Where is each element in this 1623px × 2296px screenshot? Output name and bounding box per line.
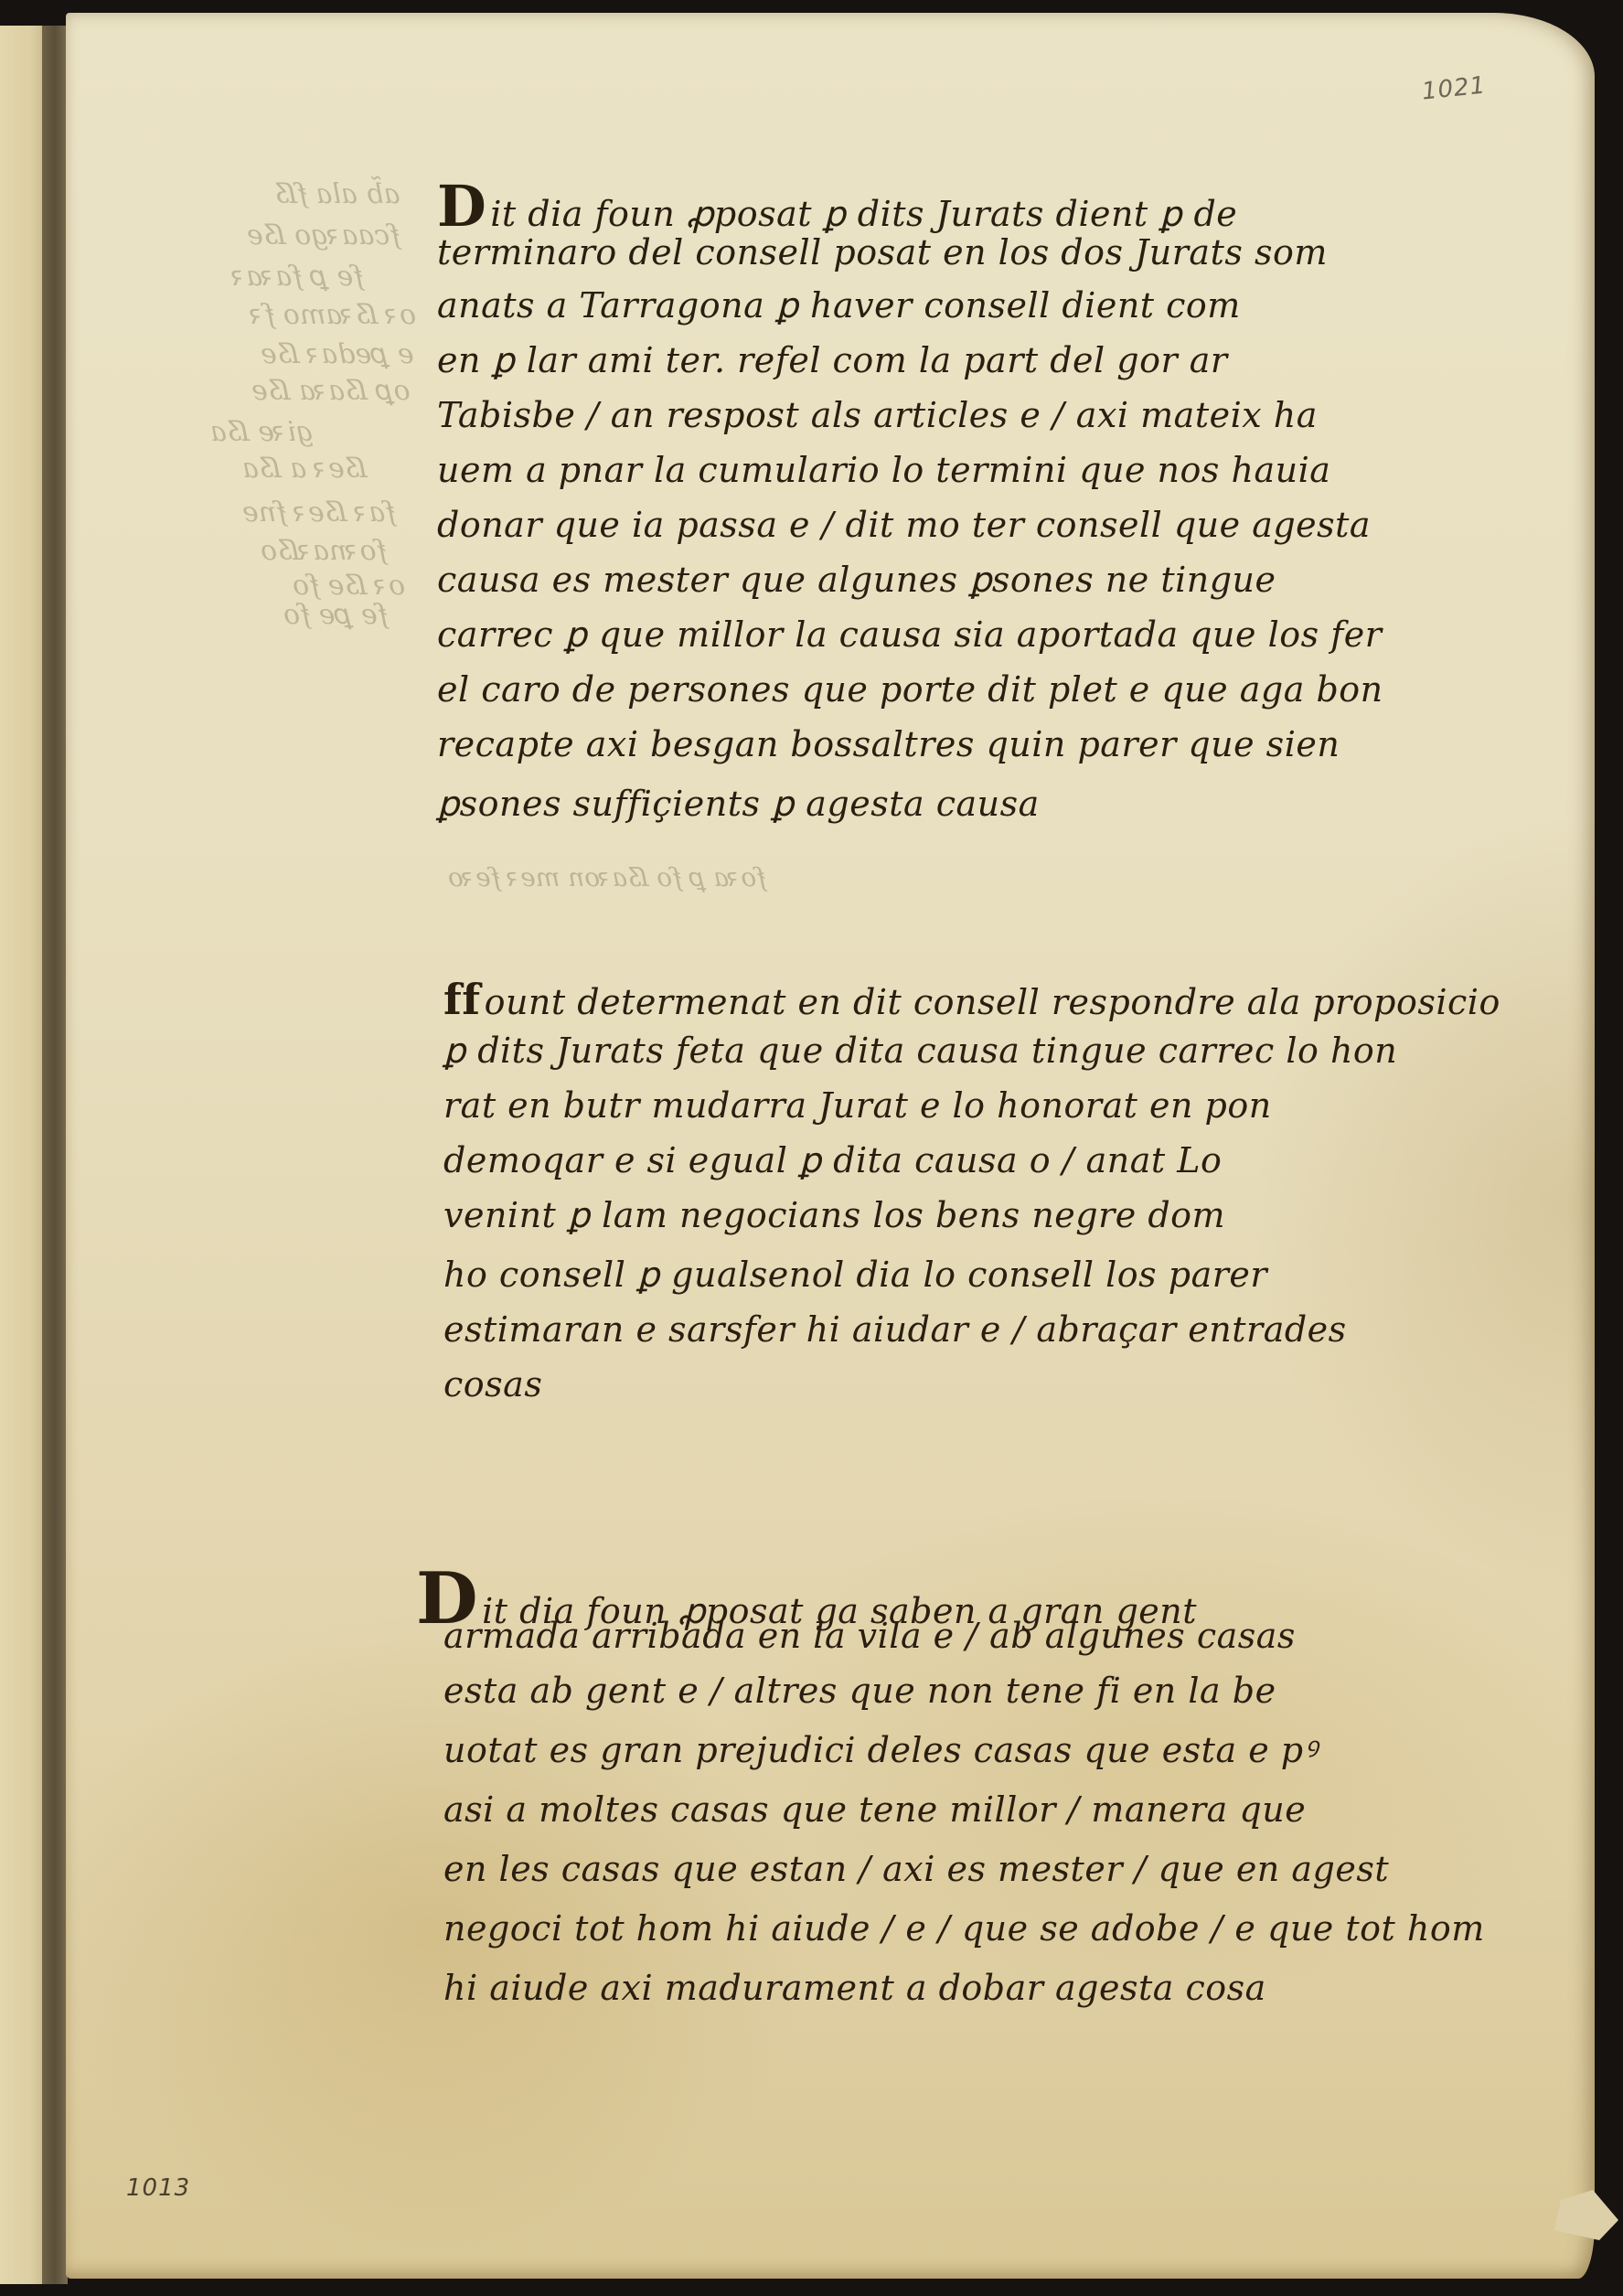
bleed-line: oꝛ ẞꝛamo ẜꝛ: [251, 294, 416, 332]
bleed-line: giꝛe ẞa: [210, 411, 314, 449]
text-line: cosas: [443, 1367, 542, 1402]
previous-leaf-edge: [0, 26, 44, 2284]
text-line: en les casas que estan / axi es mester /…: [443, 1852, 1389, 1886]
bleed-line: ab̃ ala ẜẞ: [274, 178, 400, 210]
text-line: uem a pnar la cumulario lo termini que n…: [437, 453, 1330, 487]
text-line: recapte axi besgan bossaltres quin parer…: [437, 727, 1340, 762]
binding-gutter: [42, 26, 68, 2284]
text-line: esta ab gent e / altres que non tene fi …: [443, 1673, 1276, 1708]
text-line: venint ꝑ lam negocians los bens negre do…: [443, 1198, 1225, 1233]
text-line: ho consell ꝑ gualsenol dia lo consell lo…: [443, 1257, 1267, 1292]
bleed-line: e ꝑedaꝛ ẞe: [261, 334, 414, 371]
bleed-line: ẜe ꝑ ẜaꝛaꝛ: [233, 256, 363, 294]
bleed-line: oꝛ ẞe ẜo: [293, 565, 405, 603]
text-line: negoci tot hom hi aiude / e / que se ado…: [443, 1911, 1485, 1946]
drop-cap: D: [437, 173, 486, 240]
bleed-line: oꝑ ẞaꝛa ẞe: [251, 370, 411, 408]
text-line: en ꝑ lar ami ter. refel com la part del …: [437, 343, 1228, 378]
text-line: el caro de persones que porte dit plet e…: [437, 672, 1383, 707]
text-line: causa es mester que algunes ꝑsones ne ti…: [437, 562, 1276, 597]
text-line: rat en butr mudarra Jurat e lo honorat e…: [443, 1088, 1272, 1123]
text-line: anats a Tarragona ꝑ haver consell dient …: [437, 288, 1241, 323]
text-line: uotat es gran prejudici deles casas que …: [443, 1733, 1318, 1767]
text-line: demoqar e si egual ꝑ dita causa o / anat…: [443, 1143, 1222, 1178]
text-line: armada arribada en la vila e / ab algune…: [443, 1618, 1296, 1653]
drop-cap: ff: [443, 975, 481, 1024]
folio-number-bottom: 1013: [126, 2174, 190, 2202]
bleed-line: ẞeꝛ a ẞa: [242, 448, 368, 486]
text-line: ffount determenat en dit consell respond…: [443, 978, 1500, 1020]
text-line: Tabisbe / an respost als articles e / ax…: [437, 398, 1318, 433]
text-line: estimaran e sarsfer hi aiudar e / abraça…: [443, 1312, 1347, 1347]
text-line: terminaro del consell posat en los dos J…: [437, 235, 1328, 270]
bleed-line: ẜoꝛa ꝑ ẜo ẞaꝛon meꝛ ẜeꝛo: [448, 860, 766, 894]
text-line: hi aiude axi madurament a dobar agesta c…: [443, 1970, 1266, 2005]
bleed-line: ẜcaaꝛgo ẞe: [247, 215, 400, 252]
text-line: carrec ꝑ que millor la causa sia aportad…: [437, 617, 1382, 652]
text-line: asi a moltes casas que tene millor / man…: [443, 1792, 1306, 1827]
text-line: donar que ia passa e / dit mo ter consel…: [437, 507, 1371, 542]
bleed-line: ẜoꝛnaꝛẞo: [261, 530, 387, 568]
text-line: Dit dia foun ꝓposat ꝑ dits Jurats dient …: [437, 178, 1237, 235]
text-line: ꝑ dits Jurats feta que dita causa tingue…: [443, 1033, 1397, 1068]
bleed-line: ẜaꝛ ẞeꝛ ẜne: [242, 492, 395, 529]
bleed-line: ẜe ꝑe ẜo: [283, 599, 388, 631]
text-line: ꝑsones suffiçients ꝑ agesta causa: [437, 786, 1040, 821]
